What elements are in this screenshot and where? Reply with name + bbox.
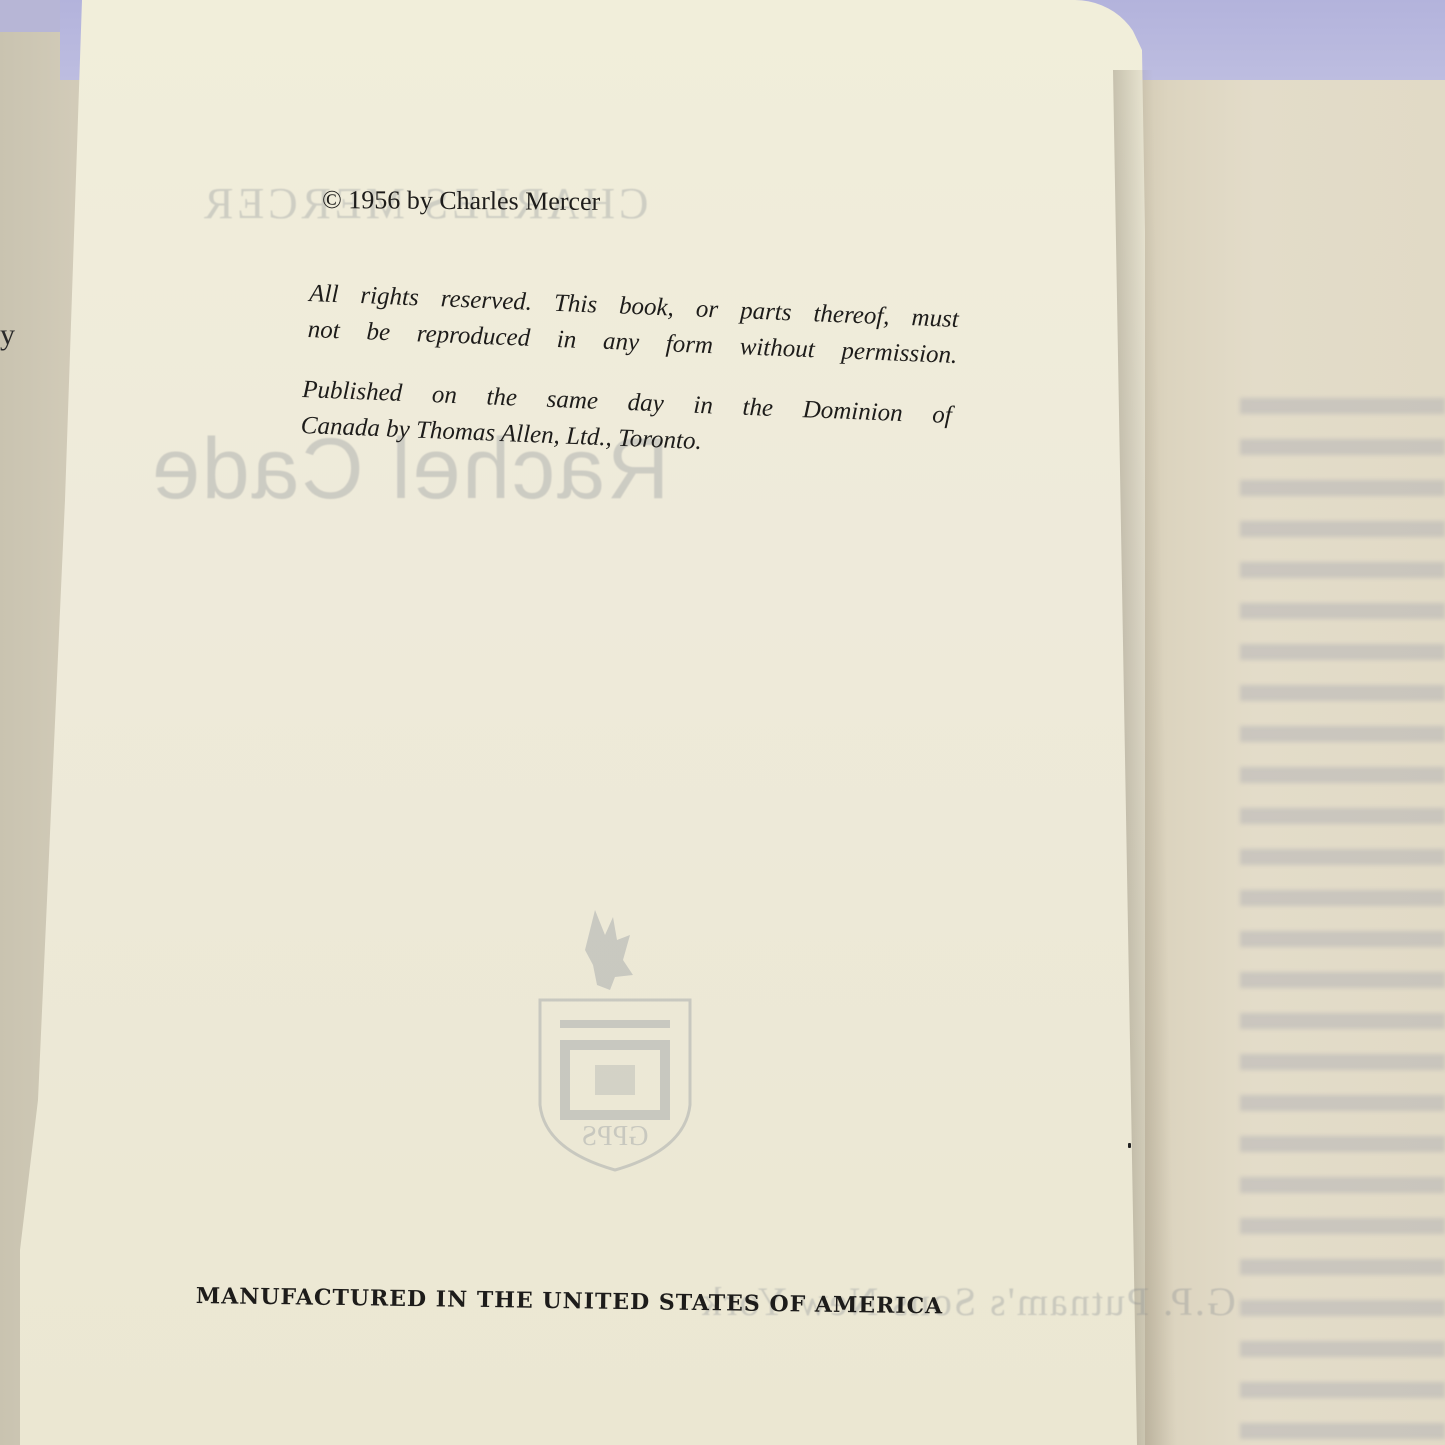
shield-with-griffin-icon: GPPS [535,905,695,1175]
adjacent-page-fragment: y [0,318,15,352]
facing-page-ghost-text [1240,380,1445,1445]
svg-text:GPPS: GPPS [582,1121,649,1152]
copyright-line: © 1956 by Charles Mercer [322,185,600,217]
ink-speck [1128,1143,1131,1148]
